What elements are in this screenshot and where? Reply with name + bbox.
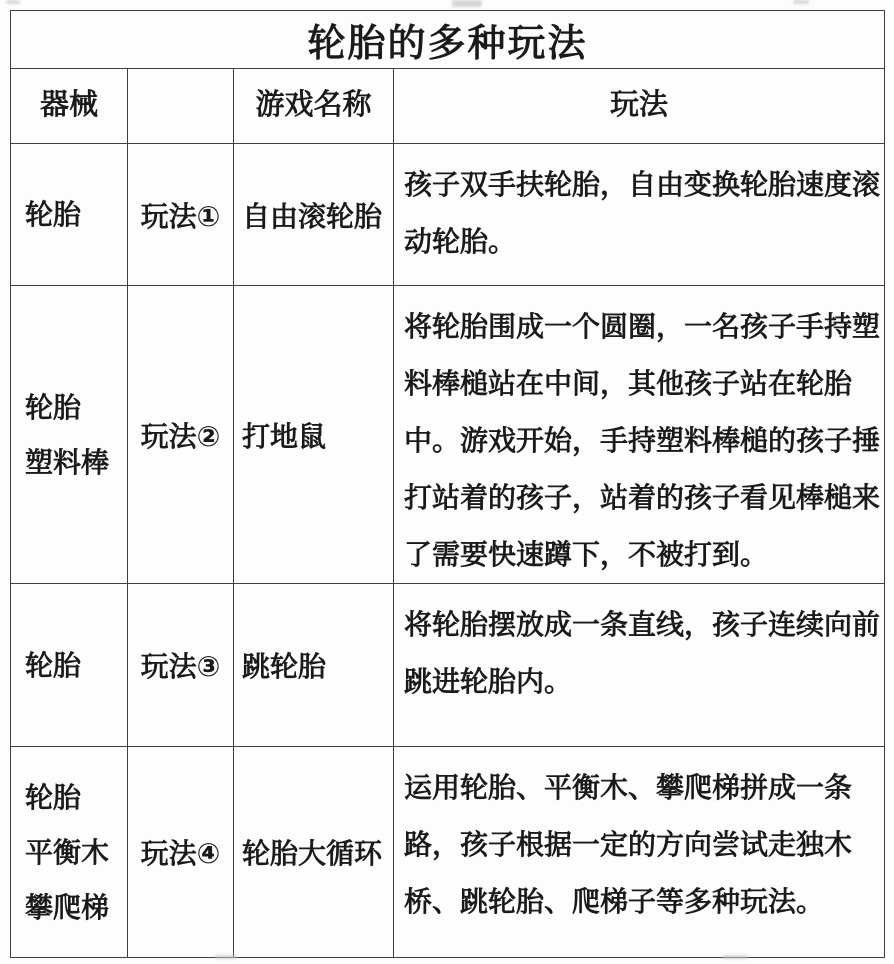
table-title: 轮胎的多种玩法 xyxy=(11,11,885,69)
row4-game-name: 轮胎大循环 xyxy=(234,747,394,958)
equipment-line: 轮胎 xyxy=(25,638,126,693)
row1-method: 玩法① xyxy=(128,144,234,286)
row4-equipment: 轮胎 平衡木 攀爬梯 xyxy=(11,747,128,958)
page: 轮胎的多种玩法 器械 游戏名称 玩法 轮胎 玩法① 自由滚轮胎 孩子双手扶轮胎，… xyxy=(0,0,894,964)
row3-equipment: 轮胎 xyxy=(11,584,128,747)
row4-method: 玩法④ xyxy=(128,747,234,958)
crop-artifact xyxy=(452,0,482,7)
header-blank xyxy=(128,69,234,144)
row1-game-name: 自由滚轮胎 xyxy=(234,144,394,286)
table-row: 轮胎 平衡木 攀爬梯 玩法④ 轮胎大循环 运用轮胎、平衡木、攀爬梯拼成一条路，孩… xyxy=(11,747,885,958)
crop-artifact xyxy=(215,955,237,959)
row2-play: 将轮胎围成一个圆圈，一名孩子手持塑料棒槌站在中间，其他孩子站在轮胎中。游戏开始，… xyxy=(394,286,885,584)
equipment-line: 塑料棒 xyxy=(25,435,126,490)
header-play: 玩法 xyxy=(394,69,885,144)
equipment-line: 攀爬梯 xyxy=(25,880,126,935)
row3-game-name: 跳轮胎 xyxy=(234,584,394,747)
tire-play-table: 轮胎的多种玩法 器械 游戏名称 玩法 轮胎 玩法① 自由滚轮胎 孩子双手扶轮胎，… xyxy=(10,10,885,958)
row2-equipment: 轮胎 塑料棒 xyxy=(11,286,128,584)
header-game-name: 游戏名称 xyxy=(234,69,394,144)
equipment-line: 平衡木 xyxy=(25,825,126,880)
title-row: 轮胎的多种玩法 xyxy=(11,11,885,69)
header-equipment: 器械 xyxy=(11,69,128,144)
row1-play: 孩子双手扶轮胎，自由变换轮胎速度滚动轮胎。 xyxy=(394,144,885,286)
header-row: 器械 游戏名称 玩法 xyxy=(11,69,885,144)
table-row: 轮胎 玩法③ 跳轮胎 将轮胎摆放成一条直线，孩子连续向前跳进轮胎内。 xyxy=(11,584,885,747)
crop-artifact xyxy=(722,955,748,959)
row4-play: 运用轮胎、平衡木、攀爬梯拼成一条路，孩子根据一定的方向尝试走独木桥、跳轮胎、爬梯… xyxy=(394,747,885,958)
equipment-line: 轮胎 xyxy=(25,770,126,825)
table-row: 轮胎 塑料棒 玩法② 打地鼠 将轮胎围成一个圆圈，一名孩子手持塑料棒槌站在中间，… xyxy=(11,286,885,584)
crop-artifact xyxy=(6,0,20,4)
row2-game-name: 打地鼠 xyxy=(234,286,394,584)
row2-method: 玩法② xyxy=(128,286,234,584)
row1-equipment: 轮胎 xyxy=(11,144,128,286)
row3-play: 将轮胎摆放成一条直线，孩子连续向前跳进轮胎内。 xyxy=(394,584,885,747)
equipment-line: 轮胎 xyxy=(25,187,126,242)
equipment-line: 轮胎 xyxy=(25,380,126,435)
row3-method: 玩法③ xyxy=(128,584,234,747)
crop-artifact xyxy=(793,0,809,4)
table-row: 轮胎 玩法① 自由滚轮胎 孩子双手扶轮胎，自由变换轮胎速度滚动轮胎。 xyxy=(11,144,885,286)
